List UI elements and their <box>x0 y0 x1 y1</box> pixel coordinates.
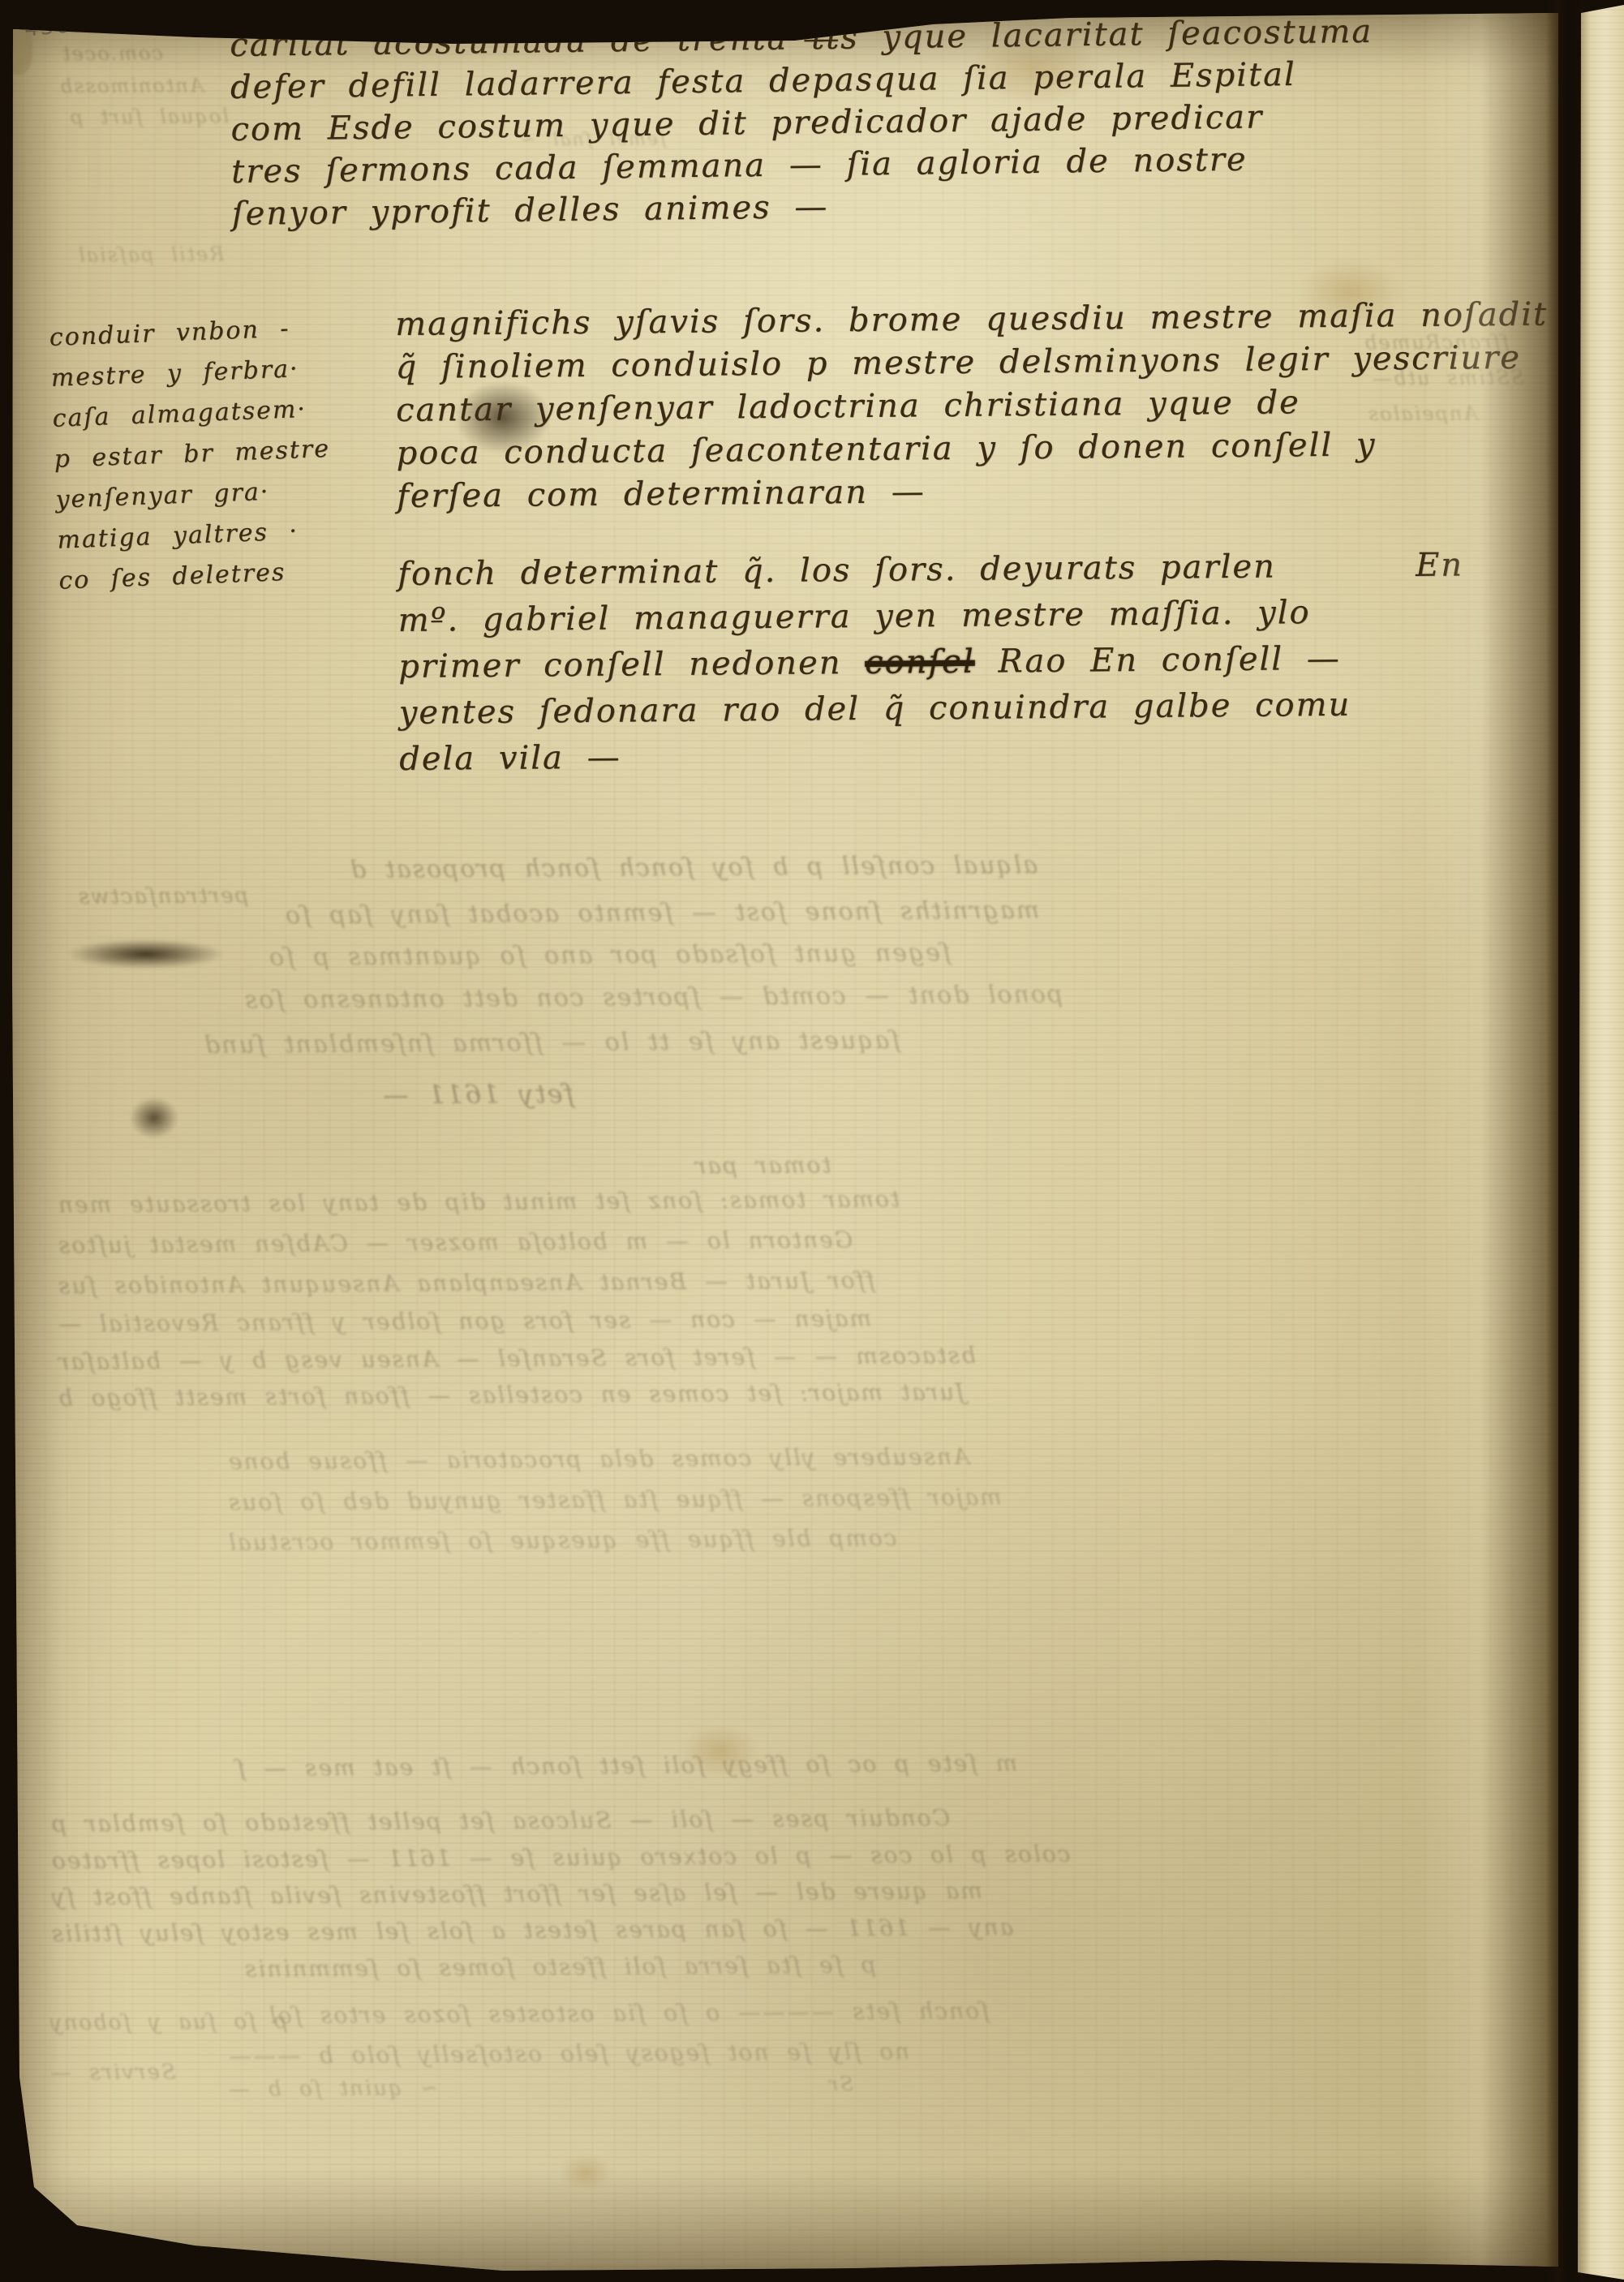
next-page-edge <box>1576 0 1624 2282</box>
manuscript-scan: com.ocetAntonimossbloqual ſurt pſemel ſn… <box>0 0 1624 2282</box>
edge-vignette <box>0 0 1559 2282</box>
page-content: com.ocetAntonimossbloqual ſurt pſemel ſn… <box>0 0 1559 2282</box>
page-corner-fold-bottom-left <box>37 2236 97 2278</box>
